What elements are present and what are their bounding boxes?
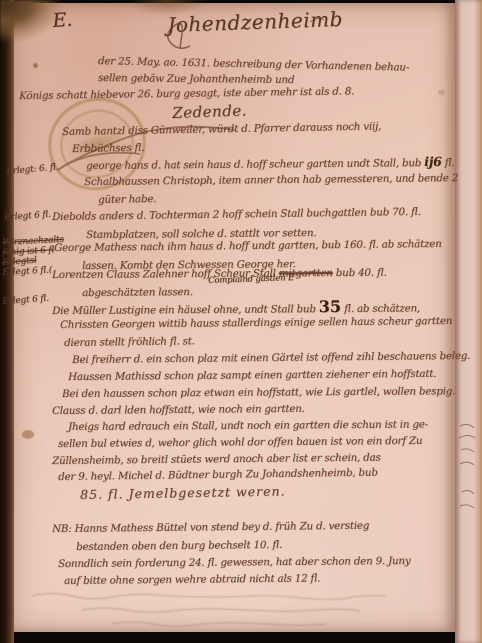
manuscript-line: abgeschätzten lassen. [82, 287, 193, 298]
nb-line: Sonndlich sein forderung 24. fl. gewesse… [58, 556, 411, 569]
manuscript-line: Erbbüchses fl. [72, 143, 144, 155]
manuscript-line: Bei den haussen schon plaz etwan ein hof… [62, 386, 455, 399]
line-text: fl. [442, 157, 455, 169]
manuscript-line: sellen gebäw Zue Johanthenheimb und [98, 73, 294, 85]
corner-mark: E. [52, 11, 73, 31]
manuscript-line: güter habe. [98, 194, 156, 205]
foxing-spot [22, 430, 34, 439]
book-binding-edge [0, 0, 14, 643]
amount-35fl: 35 [319, 297, 341, 316]
foxing-spot [438, 90, 445, 95]
manuscript-line: Jheigs hard edrauch ein Stall, undt noch… [68, 419, 428, 432]
manuscript-line: Die Müller Lustigine ein häusel ohne, un… [52, 298, 420, 317]
underlying-page-edge [455, 0, 482, 643]
line-text: bub 40. fl. [333, 267, 387, 279]
foxing-spot [33, 63, 38, 68]
manuscript-line: sellen bul etwies d, wehor glich wohl do… [58, 436, 422, 449]
manuscript-line: george hans d. hat sein haus d. hoff sch… [86, 156, 455, 172]
manuscript-line: Stambplatzen, soll solche d. stattlt vor… [86, 228, 316, 240]
manuscript-photo: E. Johendzenheimb der 25. May. ao. 1631.… [0, 0, 482, 643]
nb-line: bestanden oben den burg bechselt 10. fl. [76, 540, 282, 552]
nb-line: auf bitte ohne sorgen wehre abtraid nich… [64, 573, 320, 586]
page-title: Johendzenheimb [167, 9, 343, 35]
line-text: Die Müller Lustigine ein häusel ohne, un… [52, 303, 319, 317]
line-text: fl. ab schätzen, [341, 302, 420, 315]
section-heading: Zedende. [172, 103, 247, 121]
manuscript-line: dieran stellt fröhlich fl. st. [64, 336, 195, 348]
manuscript-line: Haussen Mathissd schon plaz sampt einen … [68, 369, 436, 383]
manuscript-line: Clauss d. darl lden hoffstatt, wie noch … [52, 404, 305, 417]
amount-16fl: ij6 [424, 154, 442, 169]
